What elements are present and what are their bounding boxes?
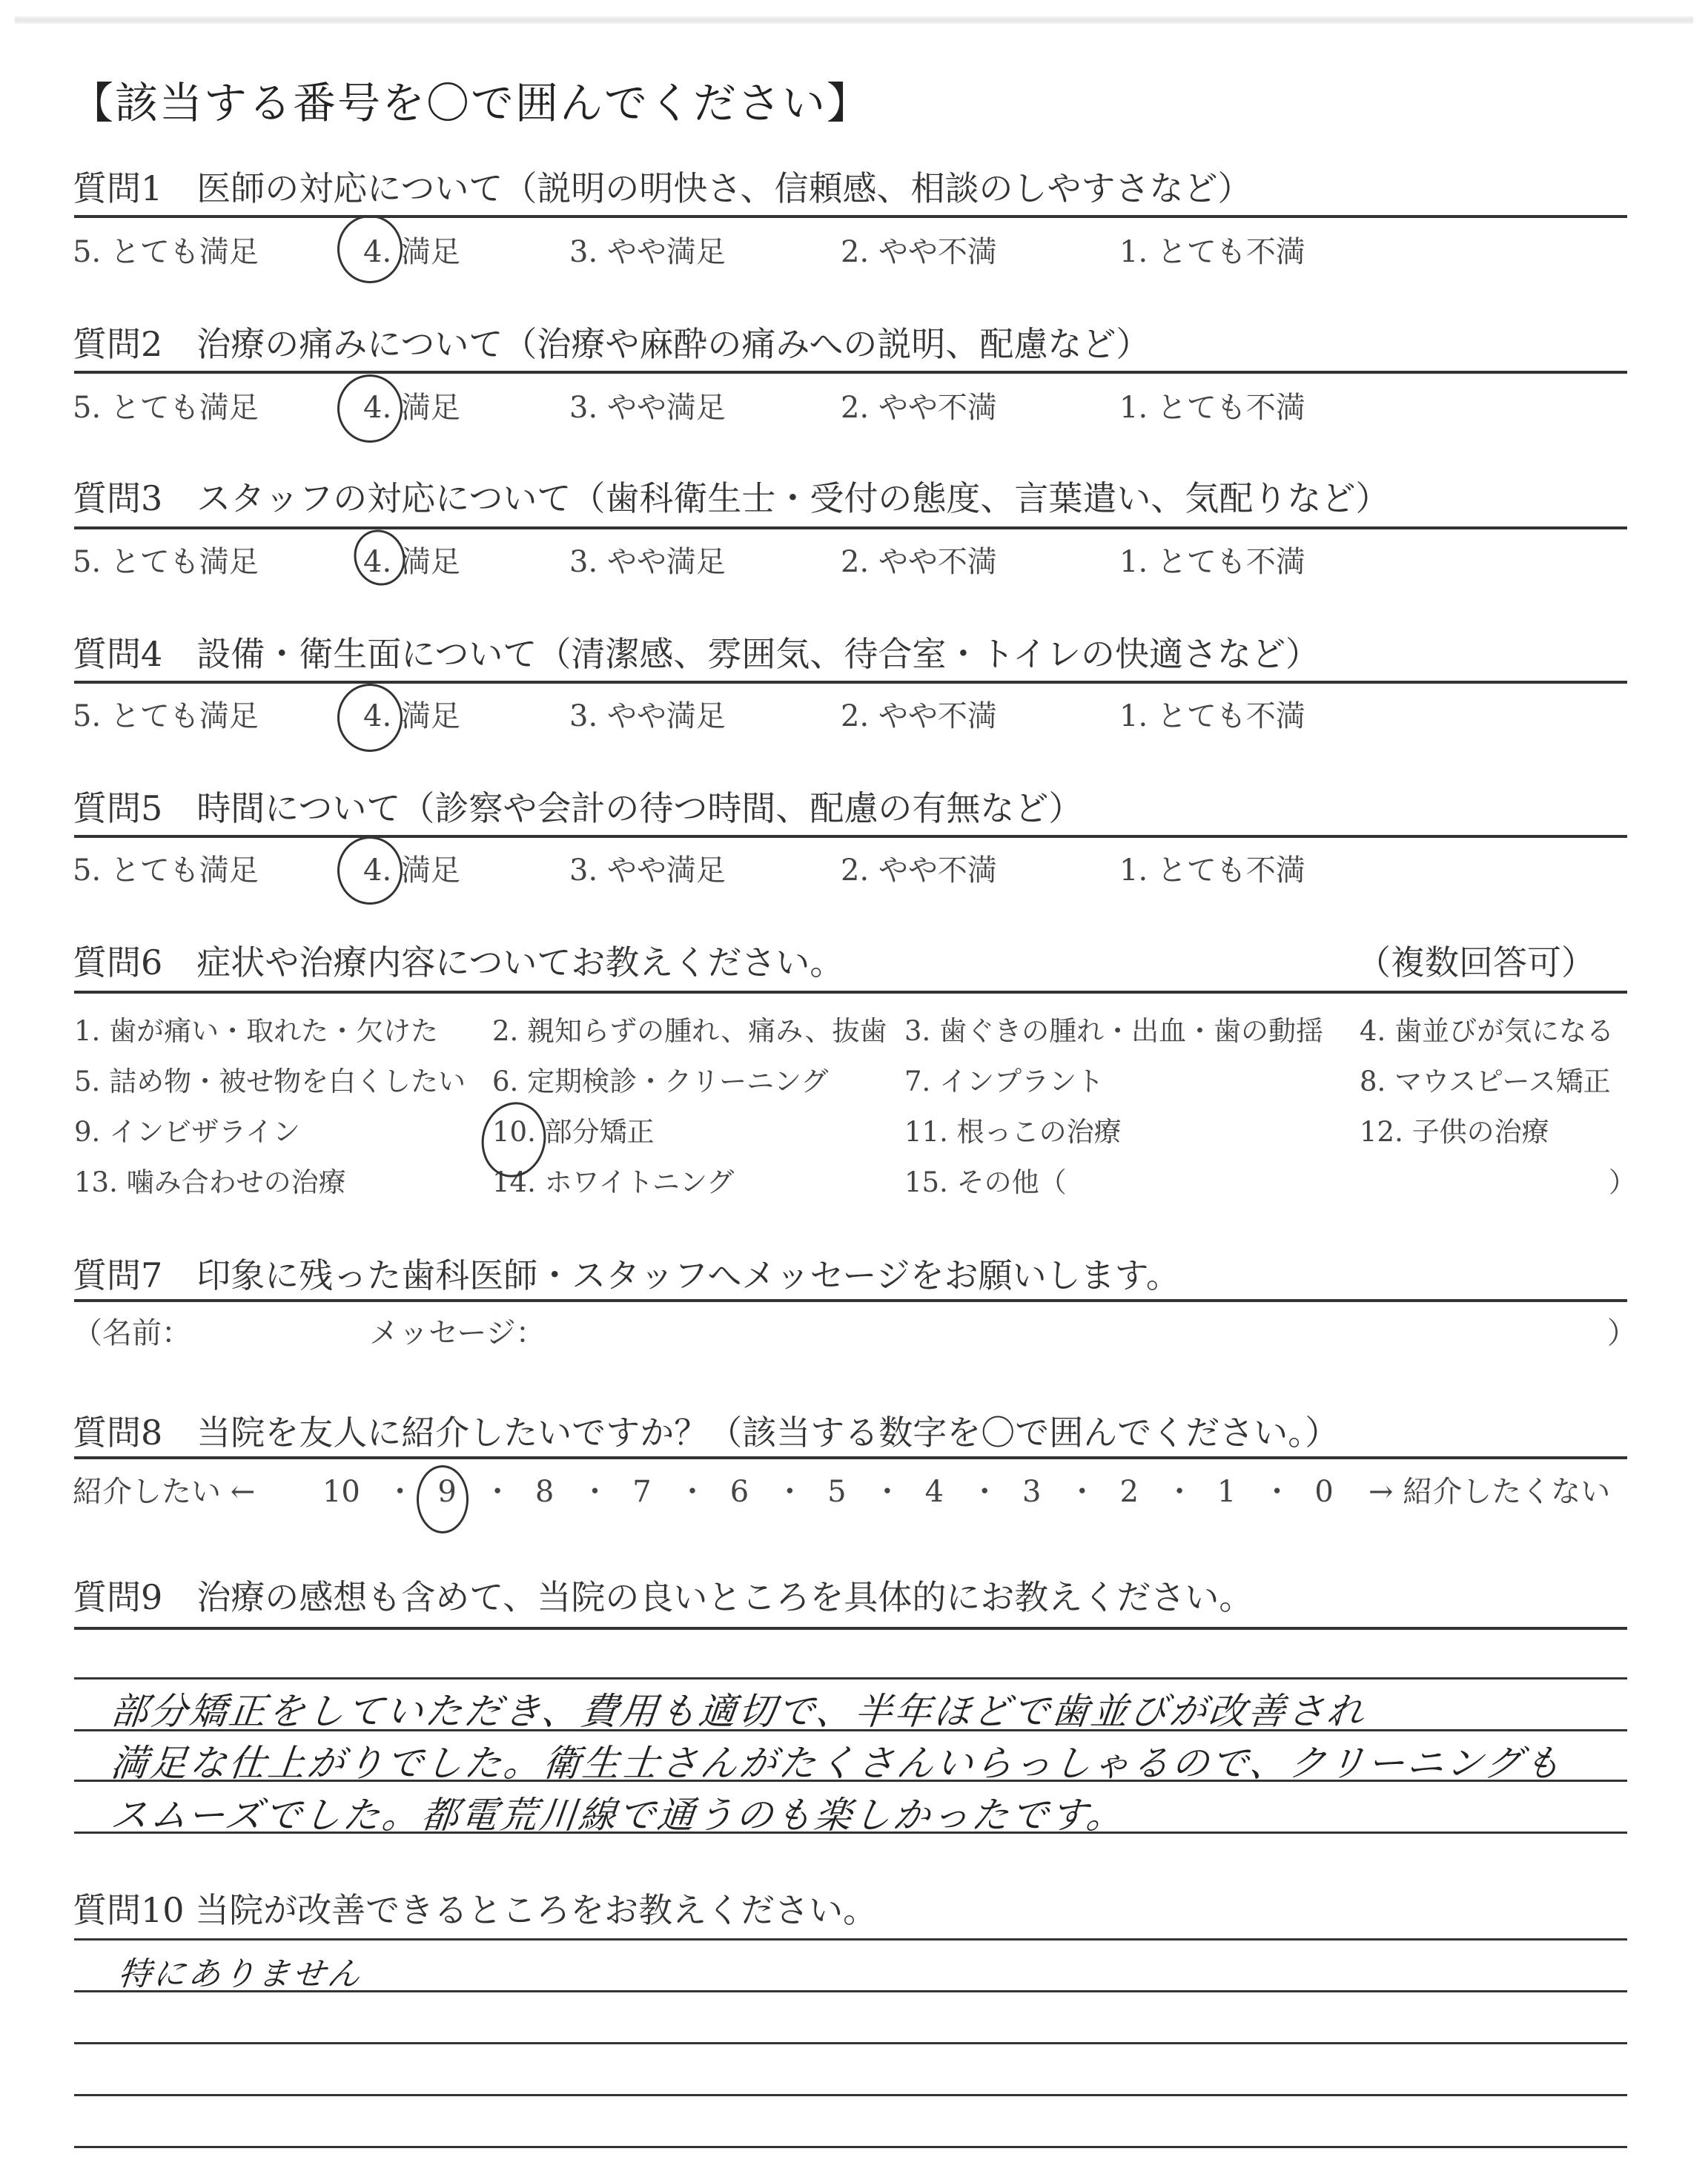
scale-7[interactable]: 7 xyxy=(632,1475,655,1509)
handwritten-answer-line: 満足な仕上がりでした。衛生士さんがたくさんいらっしゃるので、クリーニングも xyxy=(108,1734,1566,1787)
selection-circle xyxy=(337,684,403,752)
scale-6[interactable]: 6 xyxy=(730,1475,752,1509)
recommend-scale: 紹介したい ← 10 ・ 9 ・ 8 ・ 7 ・ 6 ・ 5 ・ 4 ・ 3 ・… xyxy=(73,1468,1610,1510)
multiple-answers-note: （複数回答可） xyxy=(1357,936,1595,985)
rating-options: 5. とても満足 4. 満足 3. やや満足 2. やや不満 1. とても不満 xyxy=(73,228,1629,273)
scan-top-edge xyxy=(15,16,1693,24)
rating-option-3[interactable]: 3. やや満足 xyxy=(569,384,726,426)
option-3[interactable]: 3. 歯ぐきの腫れ・出血・歯の動揺 xyxy=(904,1008,1323,1048)
handwritten-answer-line: 特にありません xyxy=(116,1947,365,1995)
scale-0[interactable]: 0 xyxy=(1314,1475,1337,1509)
rating-option-1[interactable]: 1. とても不満 xyxy=(1119,228,1305,271)
rating-option-3[interactable]: 3. やや満足 xyxy=(569,847,726,889)
rating-options: 5. とても満足 4. 満足 3. やや満足 2. やや不満 1. とても不満 xyxy=(73,384,1629,429)
question-title: 質問6 症状や治療内容についてお教えください。 xyxy=(73,936,844,985)
close-paren: ） xyxy=(1607,1309,1637,1352)
question-title: 質問5 時間について（診察や会計の待つ時間、配慮の有無など） xyxy=(73,782,1082,830)
question-title: 質問10 当院が改善できるところをお教えください。 xyxy=(73,1883,877,1932)
name-label: （名前： xyxy=(73,1309,191,1352)
rating-options: 5. とても満足 4. 満足 3. やや満足 2. やや不満 1. とても不満 xyxy=(73,693,1629,737)
rating-option-2[interactable]: 2. やや不満 xyxy=(841,228,997,271)
selection-circle xyxy=(337,836,403,905)
rating-option-2[interactable]: 2. やや不満 xyxy=(841,847,997,889)
question-title: 質問9 治療の感想も含めて、当院の良いところを具体的にお教えください。 xyxy=(73,1571,1253,1619)
divider xyxy=(74,215,1627,218)
option-1[interactable]: 1. 歯が痛い・取れた・欠けた xyxy=(74,1008,438,1048)
answer-line xyxy=(74,2042,1627,2044)
option-5[interactable]: 5. 詰め物・被せ物を白くしたい xyxy=(74,1059,466,1099)
divider xyxy=(74,371,1627,374)
divider xyxy=(74,1627,1627,1630)
scale-10[interactable]: 10 xyxy=(322,1475,361,1509)
rating-option-1[interactable]: 1. とても不満 xyxy=(1119,847,1305,889)
question-title: 質問4 設備・衛生面について（清潔感、雰囲気、待合室・トイレの快適さなど） xyxy=(73,627,1320,676)
rating-options: 5. とても満足 4. 満足 3. やや満足 2. やや不満 1. とても不満 xyxy=(73,538,1629,583)
scale-2[interactable]: 2 xyxy=(1119,1475,1142,1509)
rating-option-5[interactable]: 5. とても満足 xyxy=(73,228,259,271)
rating-option-5[interactable]: 5. とても満足 xyxy=(73,693,259,735)
scale-8[interactable]: 8 xyxy=(535,1475,557,1509)
question-title: 質問1 医師の対応について（説明の明快さ、信頼感、相談のしやすさなど） xyxy=(73,162,1252,211)
option-6[interactable]: 6. 定期検診・クリーニング xyxy=(492,1059,828,1099)
handwritten-answer-line: スムーズでした。都電荒川線で通うのも楽しかったです。 xyxy=(108,1786,1129,1839)
selection-circle xyxy=(337,215,403,283)
divider xyxy=(74,1938,1627,1941)
divider xyxy=(74,526,1627,529)
instruction-heading: 【該当する番号を〇で囲んでください】 xyxy=(70,68,871,131)
option-8[interactable]: 8. マウスピース矯正 xyxy=(1360,1059,1611,1099)
rating-option-1[interactable]: 1. とても不満 xyxy=(1119,693,1305,735)
recommend-right-label: → 紹介したくない xyxy=(1368,1468,1610,1510)
rating-option-3[interactable]: 3. やや満足 xyxy=(569,693,726,735)
divider xyxy=(74,1456,1627,1459)
other-close-paren: ） xyxy=(1609,1160,1636,1200)
question-title: 質問2 治療の痛みについて（治療や麻酔の痛みへの説明、配慮など） xyxy=(73,317,1150,366)
answer-line xyxy=(74,2094,1627,2096)
divider xyxy=(74,991,1627,994)
rating-option-5[interactable]: 5. とても満足 xyxy=(73,538,259,581)
rating-option-5[interactable]: 5. とても満足 xyxy=(73,384,259,426)
scale-4[interactable]: 4 xyxy=(925,1475,947,1509)
option-9[interactable]: 9. インビザライン xyxy=(74,1109,300,1149)
scale-5[interactable]: 5 xyxy=(827,1475,850,1509)
option-13[interactable]: 13. 噛み合わせの治療 xyxy=(74,1160,346,1200)
rating-option-5[interactable]: 5. とても満足 xyxy=(73,847,259,889)
answer-line xyxy=(74,1990,1627,1992)
question-title: 質問8 当院を友人に紹介したいですか？（該当する数字を〇で囲んでください。） xyxy=(73,1406,1339,1455)
option-7[interactable]: 7. インプラント xyxy=(904,1059,1104,1099)
rating-option-2[interactable]: 2. やや不満 xyxy=(841,384,997,426)
option-15-other[interactable]: 15. その他（ xyxy=(904,1160,1067,1200)
option-4[interactable]: 4. 歯並びが気になる xyxy=(1360,1008,1614,1048)
divider xyxy=(74,835,1627,838)
scale-1[interactable]: 1 xyxy=(1217,1475,1239,1509)
recommend-left-label: 紹介したい ← xyxy=(73,1468,255,1510)
rating-option-1[interactable]: 1. とても不満 xyxy=(1119,384,1305,426)
rating-option-2[interactable]: 2. やや不満 xyxy=(841,693,997,735)
handwritten-answer-line: 部分矯正をしていただき、費用も適切で、半年ほどで歯並びが改善され xyxy=(108,1682,1369,1735)
question-title: 質問3 スタッフの対応について（歯科衛生士・受付の態度、言葉遣い、気配りなど） xyxy=(73,472,1389,521)
option-11[interactable]: 11. 根っこの治療 xyxy=(904,1109,1122,1149)
rating-option-3[interactable]: 3. やや満足 xyxy=(569,228,726,271)
rating-option-3[interactable]: 3. やや満足 xyxy=(569,538,726,581)
answer-line xyxy=(74,2146,1627,2148)
option-2[interactable]: 2. 親知らずの腫れ、痛み、抜歯 xyxy=(492,1008,887,1048)
message-fields: （名前： メッセージ： ） xyxy=(73,1309,1629,1354)
option-12[interactable]: 12. 子供の治療 xyxy=(1360,1109,1549,1149)
selection-circle xyxy=(337,374,403,443)
rating-option-2[interactable]: 2. やや不満 xyxy=(841,538,997,581)
rating-option-1[interactable]: 1. とても不満 xyxy=(1119,538,1305,581)
selection-circle xyxy=(417,1465,469,1533)
message-label: メッセージ： xyxy=(369,1309,546,1352)
answer-line xyxy=(74,1677,1627,1680)
scale-3[interactable]: 3 xyxy=(1022,1475,1045,1509)
question-title: 質問7 印象に残った歯科医師・スタッフへメッセージをお願いします。 xyxy=(73,1249,1180,1298)
rating-options: 5. とても満足 4. 満足 3. やや満足 2. やや不満 1. とても不満 xyxy=(73,847,1629,891)
divider xyxy=(74,1299,1627,1302)
divider xyxy=(74,681,1627,684)
